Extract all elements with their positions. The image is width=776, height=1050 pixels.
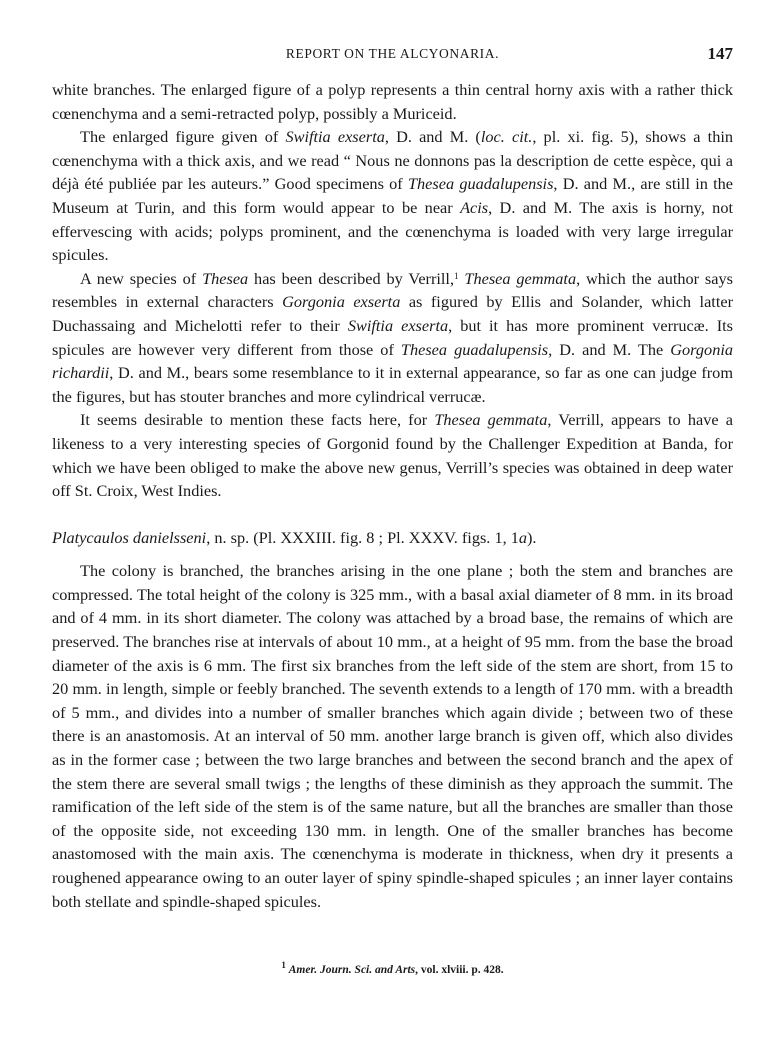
text-run: The enlarged figure given of xyxy=(80,127,285,146)
italic-term: Thesea guadalupensis xyxy=(401,340,548,359)
body-text: white branches. The enlarged figure of a… xyxy=(52,78,733,913)
footnote-marker: 1 xyxy=(281,960,286,970)
text-run: , n. sp. (Pl. XXXIII. fig. 8 ; Pl. XXXV.… xyxy=(206,528,519,547)
italic-term: Thesea gemmata xyxy=(434,410,547,429)
italic-term: a xyxy=(519,528,527,547)
italic-term: Platycaulos danielsseni xyxy=(52,528,206,547)
italic-term: loc. cit. xyxy=(481,127,532,146)
paragraph: white branches. The enlarged figure of a… xyxy=(52,78,733,125)
text-run: , D. and M. The xyxy=(548,340,670,359)
italic-term: Thesea guadalupensis xyxy=(408,174,553,193)
text-run: ). xyxy=(527,528,537,547)
running-title: REPORT ON THE ALCYONARIA. xyxy=(52,46,733,62)
paragraph: It seems desirable to mention these fact… xyxy=(52,408,733,502)
footnote-source: Amer. Journ. Sci. and Arts xyxy=(289,964,415,976)
italic-term: Swiftia exserta xyxy=(348,316,448,335)
footnote-details: , vol. xlviii. p. 428. xyxy=(415,964,504,976)
italic-term: Swiftia exserta xyxy=(285,127,384,146)
italic-term: Thesea xyxy=(202,269,248,288)
text-run: white branches. The enlarged figure of a… xyxy=(52,80,733,123)
paragraph: A new species of Thesea has been describ… xyxy=(52,267,733,409)
text-run: , D. and M. ( xyxy=(385,127,481,146)
italic-term: Gorgonia exserta xyxy=(282,292,400,311)
text-run: The colony is branched, the branches ari… xyxy=(52,561,733,910)
paragraph: The colony is branched, the branches ari… xyxy=(52,559,733,913)
page-number: 147 xyxy=(708,44,734,64)
text-run: It seems desirable to mention these fact… xyxy=(80,410,434,429)
footnote: 1 Amer. Journ. Sci. and Arts, vol. xlvii… xyxy=(52,964,733,976)
italic-term: Thesea gemmata xyxy=(464,269,576,288)
text-run: has been described by Verrill, xyxy=(248,269,454,288)
running-header: REPORT ON THE ALCYONARIA. 147 xyxy=(52,44,733,64)
footnote-reference: 1 xyxy=(454,271,459,281)
species-heading: Platycaulos danielsseni, n. sp. (Pl. XXX… xyxy=(52,526,733,550)
italic-term: Acis xyxy=(460,198,488,217)
text-run: , D. and M., bears some resemblance to i… xyxy=(52,363,733,406)
paragraph: The enlarged figure given of Swiftia exs… xyxy=(52,125,733,267)
text-run: A new species of xyxy=(80,269,202,288)
